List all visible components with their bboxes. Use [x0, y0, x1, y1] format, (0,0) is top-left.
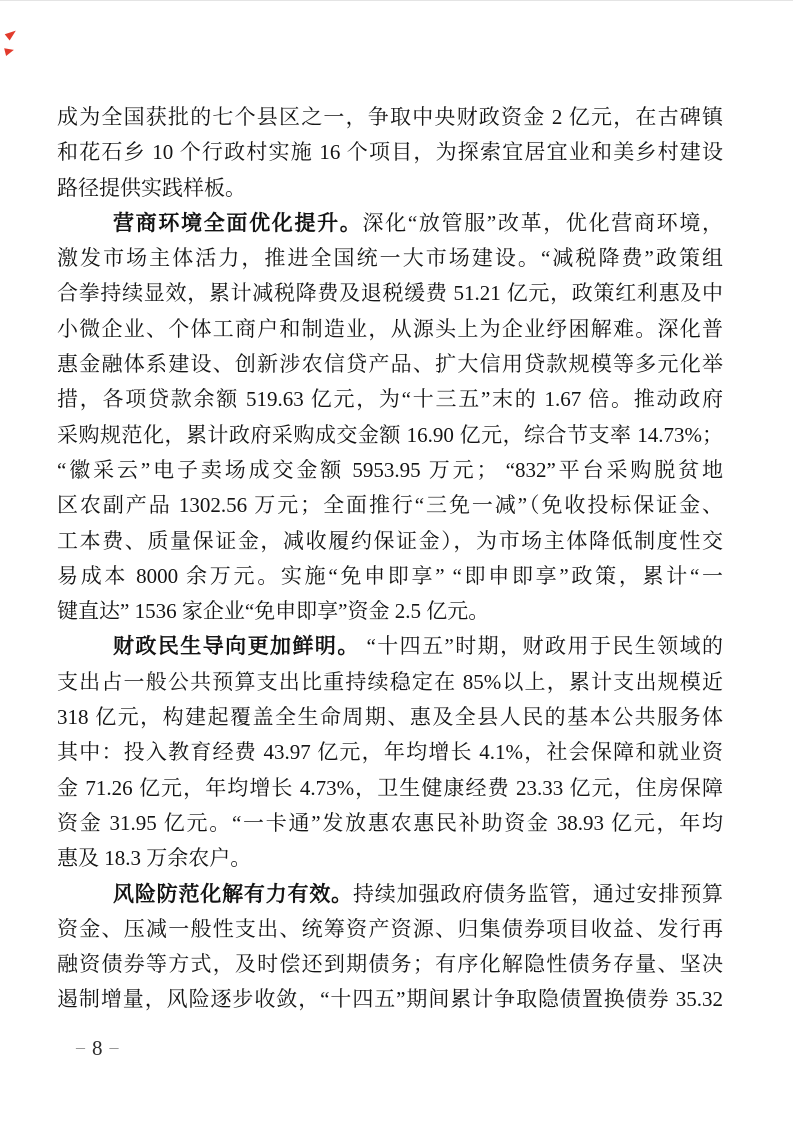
- text-line: 其中：投入教育经费 43.97 亿元，年均增长 4.1%，社会保障和就业资: [57, 735, 723, 770]
- line-text: 键直达” 1536 家企业“免申即享”资金 2.5 亿元。: [57, 599, 489, 623]
- page-number: 8: [92, 1036, 103, 1060]
- line-text: 成为全国获批的七个县区之一，争取中央财政资金 2 亿元，在古碑镇: [57, 105, 723, 129]
- line-text: 318 亿元，构建起覆盖全生命周期、惠及全县人民的基本公共服务体系。: [57, 705, 723, 735]
- line-text: 持续加强政府债务监管，通过安排预算: [353, 882, 723, 906]
- paragraph-lead: 营商环境全面优化提升。: [113, 212, 362, 235]
- page-edge-line: [0, 0, 793, 1]
- text-line: 措，各项贷款余额 519.63 亿元，为“十三五”末的 1.67 倍。推动政府: [57, 382, 723, 417]
- paragraph-lead: 风险防范化解有力有效。: [113, 883, 353, 906]
- line-text: 易成本 8000 余万元。实施“免申即享” “即申即享”政策，累计“一: [57, 564, 723, 588]
- footer-right-dash: –: [110, 1037, 119, 1057]
- text-line: 资金、压减一般性支出、统筹资产资源、归集债券项目收益、发行再: [57, 912, 723, 947]
- document-body: 成为全国获批的七个县区之一，争取中央财政资金 2 亿元，在古碑镇 和花石乡 10…: [57, 100, 723, 1018]
- line-text: 激发市场主体活力，推进全国统一大市场建设。“减税降费”政策组: [57, 246, 723, 270]
- text-line: 和花石乡 10 个行政村实施 16 个项目，为探索宜居宜业和美乡村建设: [57, 135, 723, 170]
- text-line: 惠金融体系建设、创新涉农信贷产品、扩大信用贷款规模等多元化举: [57, 347, 723, 382]
- paragraph-lead: 财政民生导向更加鲜明。: [113, 635, 360, 658]
- footer-left-dash: –: [76, 1037, 85, 1057]
- line-text: 其中：投入教育经费 43.97 亿元，年均增长 4.1%，社会保障和就业资: [57, 740, 723, 764]
- line-text: 区农副产品 1302.56 万元；全面推行“三免一减”（免收投标保证金、: [57, 493, 723, 517]
- line-text: “十四五”时期，财政用于民生领域的: [360, 634, 723, 658]
- text-line: 遏制增量，风险逐步收敛，“十四五”期间累计争取隐债置换债券 35.32: [57, 982, 723, 1017]
- text-line: 惠及 18.3 万余农户。: [57, 841, 723, 876]
- text-line: 财政民生导向更加鲜明。 “十四五”时期，财政用于民生领域的: [57, 629, 723, 664]
- text-line: 易成本 8000 余万元。实施“免申即享” “即申即享”政策，累计“一: [57, 559, 723, 594]
- line-text: 工本费、质量保证金，减收履约保证金），为市场主体降低制度性交: [57, 529, 723, 553]
- line-text: “徽采云”电子卖场成交金额 5953.95 万元； “832”平台采购脱贫地: [57, 458, 723, 482]
- line-text: 合拳持续显效，累计减税降费及退税缓费 51.21 亿元，政策红利惠及中: [57, 281, 723, 305]
- text-line: 合拳持续显效，累计减税降费及退税缓费 51.21 亿元，政策红利惠及中: [57, 276, 723, 311]
- line-text: 惠金融体系建设、创新涉农信贷产品、扩大信用贷款规模等多元化举: [57, 352, 723, 376]
- text-line: 支出占一般公共预算支出比重持续稳定在 85%以上，累计支出规模近: [57, 665, 723, 700]
- line-text: 融资债券等方式，及时偿还到期债务；有序化解隐性债务存量、坚决: [57, 952, 723, 976]
- line-text: 深化“放管服”改革，优化营商环境，: [362, 211, 723, 235]
- text-line: “徽采云”电子卖场成交金额 5953.95 万元； “832”平台采购脱贫地: [57, 453, 723, 488]
- document-page: 成为全国获批的七个县区之一，争取中央财政资金 2 亿元，在古碑镇 和花石乡 10…: [0, 0, 793, 1122]
- line-text: 支出占一般公共预算支出比重持续稳定在 85%以上，累计支出规模近: [57, 670, 723, 694]
- annotation-marks: [4, 28, 30, 64]
- line-text: 金 71.26 亿元，年均增长 4.73%，卫生健康经费 23.33 亿元，住房…: [57, 776, 723, 800]
- text-line: 318 亿元，构建起覆盖全生命周期、惠及全县人民的基本公共服务体系。: [57, 700, 723, 735]
- line-text: 资金、压减一般性支出、统筹资产资源、归集债券项目收益、发行再: [57, 917, 723, 941]
- line-text: 措，各项贷款余额 519.63 亿元，为“十三五”末的 1.67 倍。推动政府: [57, 387, 723, 411]
- text-line: 成为全国获批的七个县区之一，争取中央财政资金 2 亿元，在古碑镇: [57, 100, 723, 135]
- line-text: 遏制增量，风险逐步收敛，“十四五”期间累计争取隐债置换债券 35.32: [57, 987, 723, 1011]
- text-line: 采购规范化，累计政府采购成交金额 16.90 亿元，综合节支率 14.73%；: [57, 418, 723, 453]
- text-line: 金 71.26 亿元，年均增长 4.73%，卫生健康经费 23.33 亿元，住房…: [57, 771, 723, 806]
- red-arrow-icon: [5, 27, 19, 40]
- line-text: 路径提供实践样板。: [57, 176, 246, 200]
- text-line: 路径提供实践样板。: [57, 171, 723, 206]
- text-line: 键直达” 1536 家企业“免申即享”资金 2.5 亿元。: [57, 594, 723, 629]
- line-text: 采购规范化，累计政府采购成交金额 16.90 亿元，综合节支率 14.73%；: [57, 423, 723, 447]
- text-line: 融资债券等方式，及时偿还到期债务；有序化解隐性债务存量、坚决: [57, 947, 723, 982]
- line-text: 惠及 18.3 万余农户。: [57, 846, 251, 870]
- text-line: 激发市场主体活力，推进全国统一大市场建设。“减税降费”政策组: [57, 241, 723, 276]
- line-text: 小微企业、个体工商户和制造业，从源头上为企业纾困解难。深化普: [57, 317, 723, 341]
- text-line: 小微企业、个体工商户和制造业，从源头上为企业纾困解难。深化普: [57, 312, 723, 347]
- line-text: 和花石乡 10 个行政村实施 16 个项目，为探索宜居宜业和美乡村建设: [57, 140, 723, 164]
- line-text: 资金 31.95 亿元。“一卡通”发放惠农惠民补助资金 38.93 亿元，年均: [57, 811, 723, 835]
- page-footer: –8–: [69, 1034, 126, 1061]
- red-arrow-icon: [4, 46, 15, 56]
- text-line: 营商环境全面优化提升。深化“放管服”改革，优化营商环境，: [57, 206, 723, 241]
- text-line: 风险防范化解有力有效。持续加强政府债务监管，通过安排预算: [57, 877, 723, 912]
- text-line: 工本费、质量保证金，减收履约保证金），为市场主体降低制度性交: [57, 524, 723, 559]
- text-line: 资金 31.95 亿元。“一卡通”发放惠农惠民补助资金 38.93 亿元，年均: [57, 806, 723, 841]
- text-line: 区农副产品 1302.56 万元；全面推行“三免一减”（免收投标保证金、: [57, 488, 723, 523]
